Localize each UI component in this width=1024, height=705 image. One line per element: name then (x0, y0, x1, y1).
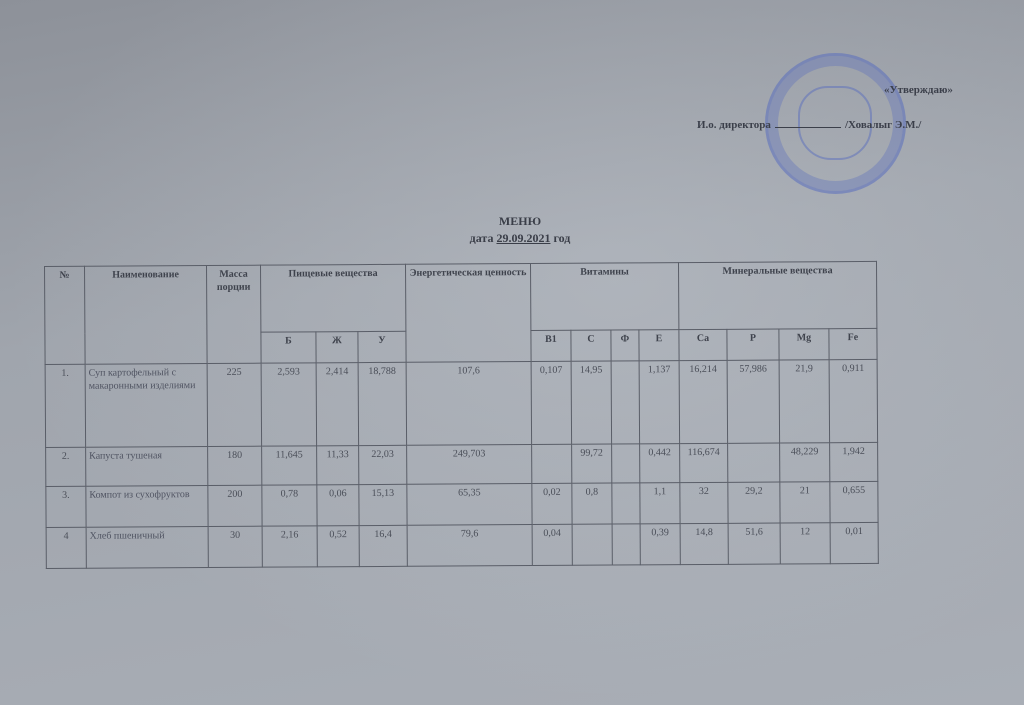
date-suffix: год (553, 231, 570, 245)
header-name: Наименование (85, 266, 208, 365)
cell-ca: 32 (680, 482, 728, 523)
header-energy: Энергетическая ценность (405, 264, 531, 363)
cell-name: Хлеб пшеничный (86, 527, 208, 569)
cell-protein: 2,593 (261, 363, 317, 446)
approval-label: «Утверждаю» (884, 84, 953, 96)
subheader-fat: Ж (316, 332, 358, 363)
cell-fe: 0,01 (830, 522, 878, 563)
cell-fe: 0,911 (829, 359, 878, 442)
document-photo: «Утверждаю» И.о. директора /Ховалыг Э.М.… (0, 0, 1024, 705)
subheader-protein: Б (261, 332, 316, 363)
cell-f (612, 524, 640, 565)
cell-ca: 16,214 (679, 360, 728, 443)
cell-name: Капуста тушеная (86, 447, 208, 487)
cell-name: Компот из сухофруктов (86, 486, 208, 528)
cell-f (611, 361, 640, 444)
cell-ca: 14,8 (680, 523, 728, 564)
subheader-p: P (727, 329, 779, 360)
table-row: 1. Суп картофельный с макаронными издели… (45, 359, 877, 447)
cell-mg: 21,9 (779, 360, 830, 443)
menu-table: № Наименование Масса порции Пищевые веще… (44, 261, 879, 569)
cell-energy: 65,35 (407, 484, 532, 526)
signature-line (775, 117, 841, 128)
cell-fat: 11,33 (317, 446, 359, 485)
table-row: 4 Хлеб пшеничный 30 2,16 0,52 16,4 79,6 … (46, 522, 878, 568)
cell-mg: 21 (780, 482, 830, 523)
cell-c (572, 524, 612, 565)
cell-b1: 0,04 (532, 524, 572, 565)
subheader-c: C (571, 330, 611, 361)
cell-b1: 0,02 (532, 483, 572, 524)
document-date: дата 29.09.2021 год (420, 231, 620, 246)
cell-carbs: 16,4 (359, 525, 407, 566)
subheader-ca: Ca (679, 329, 727, 360)
cell-c: 0,8 (572, 483, 612, 524)
cell-protein: 2,16 (262, 526, 317, 567)
cell-protein: 11,645 (262, 446, 317, 485)
cell-ca: 116,674 (680, 443, 728, 482)
document-title: МЕНЮ (420, 214, 620, 229)
cell-protein: 0,78 (262, 485, 317, 526)
header-vitamins: Витамины (530, 263, 678, 331)
cell-f (612, 483, 640, 524)
cell-e: 0,442 (640, 444, 680, 483)
header-no: № (45, 266, 86, 364)
cell-c: 99,72 (572, 444, 612, 483)
cell-mass: 200 (208, 485, 262, 526)
header-mass: Масса порции (207, 265, 262, 363)
subheader-b1: B1 (531, 330, 571, 361)
cell-p: 29,2 (728, 482, 780, 523)
cell-p: 57,986 (727, 360, 780, 443)
subheader-fe: Fe (829, 328, 877, 359)
cell-p (728, 443, 780, 482)
cell-fat: 0,52 (317, 526, 359, 567)
date-prefix: дата (470, 231, 494, 245)
cell-name: Суп картофельный с макаронными изделиями (85, 364, 208, 448)
subheader-f: Ф (611, 330, 639, 361)
cell-fe: 1,942 (830, 442, 878, 481)
date-value: 29.09.2021 (496, 231, 550, 245)
director-name: /Ховалыг Э.М./ (845, 119, 921, 131)
cell-e: 0,39 (640, 524, 680, 565)
header-minerals: Минеральные вещества (678, 261, 876, 329)
cell-fat: 0,06 (317, 485, 359, 526)
cell-no: 3. (46, 486, 86, 527)
cell-mg: 48,229 (780, 443, 830, 482)
cell-no: 2. (46, 447, 86, 486)
cell-fe: 0,655 (830, 481, 878, 522)
table-row: 2. Капуста тушеная 180 11,645 11,33 22,0… (46, 442, 878, 486)
cell-energy: 79,6 (407, 525, 532, 567)
subheader-carbs: У (358, 331, 406, 362)
cell-carbs: 18,788 (358, 362, 407, 445)
cell-e: 1,137 (639, 361, 680, 444)
cell-e: 1,1 (640, 483, 680, 524)
subheader-e: E (639, 330, 679, 361)
cell-carbs: 15,13 (359, 484, 407, 525)
header-nutrients: Пищевые вещества (260, 264, 405, 332)
cell-f (612, 444, 640, 483)
cell-energy: 107,6 (406, 362, 532, 446)
cell-b1 (532, 444, 572, 483)
cell-carbs: 22,03 (359, 445, 407, 484)
cell-mg: 12 (780, 523, 830, 564)
cell-no: 1. (45, 364, 86, 447)
cell-mass: 30 (208, 526, 262, 567)
cell-mass: 180 (208, 446, 262, 485)
director-signature-line: И.о. директора /Ховалыг Э.М./ (697, 117, 921, 131)
cell-fat: 2,414 (316, 363, 359, 446)
cell-no: 4 (46, 527, 86, 568)
subheader-mg: Mg (779, 329, 829, 360)
cell-c: 14,95 (571, 361, 612, 444)
director-role: И.о. директора (697, 119, 771, 131)
cell-p: 51,6 (728, 523, 780, 564)
cell-b1: 0,107 (531, 361, 572, 444)
table-row: 3. Компот из сухофруктов 200 0,78 0,06 1… (46, 481, 878, 527)
cell-mass: 225 (207, 363, 262, 446)
cell-energy: 249,703 (407, 445, 532, 485)
